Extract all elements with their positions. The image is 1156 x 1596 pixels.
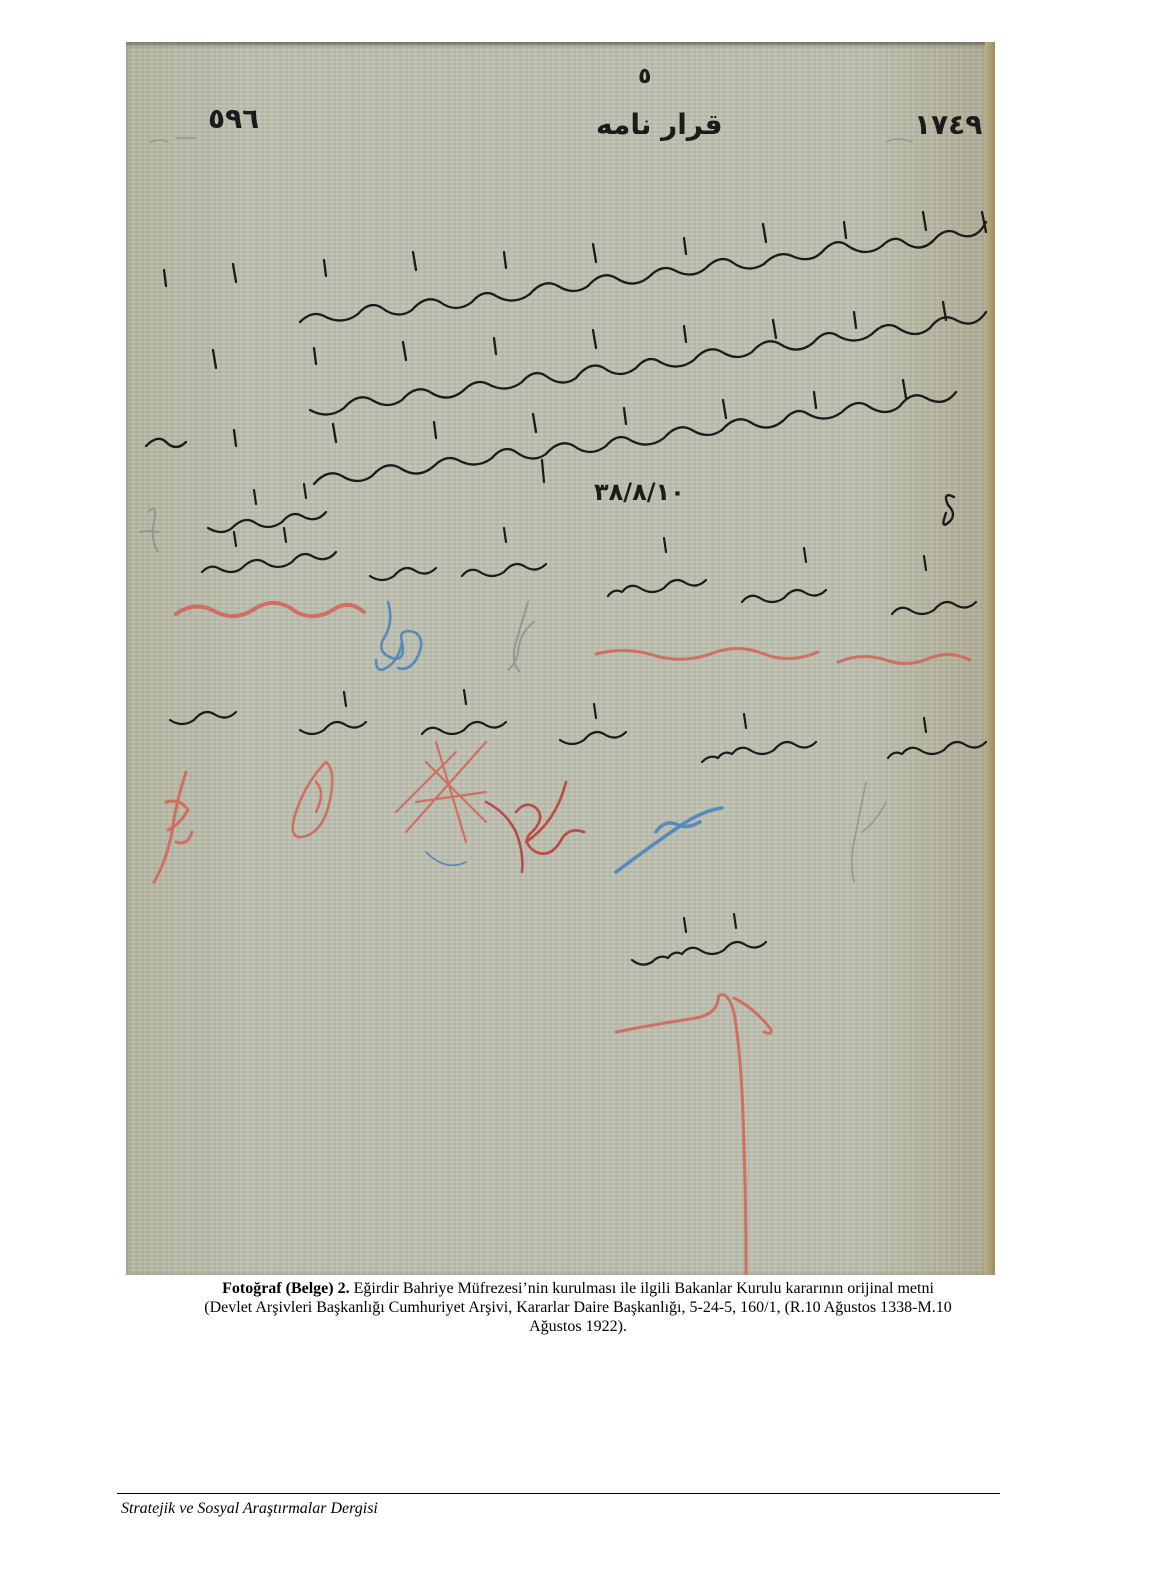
caption-label: Fotoğraf (Belge) 2.	[222, 1280, 350, 1297]
caption-title: Eğirdir Bahriye Müfrezesi’nin kurulması …	[350, 1280, 934, 1297]
footer-divider	[117, 1493, 1000, 1494]
journal-name: Stratejik ve Sosyal Araştırmalar Dergisi	[121, 1499, 378, 1519]
handwriting-layer	[126, 42, 995, 1275]
figure-caption: Fotoğraf (Belge) 2. Eğirdir Bahriye Müfr…	[110, 1279, 1046, 1336]
archival-document-photo: ٥٩٦ ٥ قرار نامه ١٧٤٩ ٣٨/٨/١٠	[126, 42, 995, 1275]
caption-source: (Devlet Arşivleri Başkanlığı Cumhuriyet …	[204, 1299, 951, 1316]
caption-source-cont: Ağustos 1922).	[529, 1318, 627, 1335]
